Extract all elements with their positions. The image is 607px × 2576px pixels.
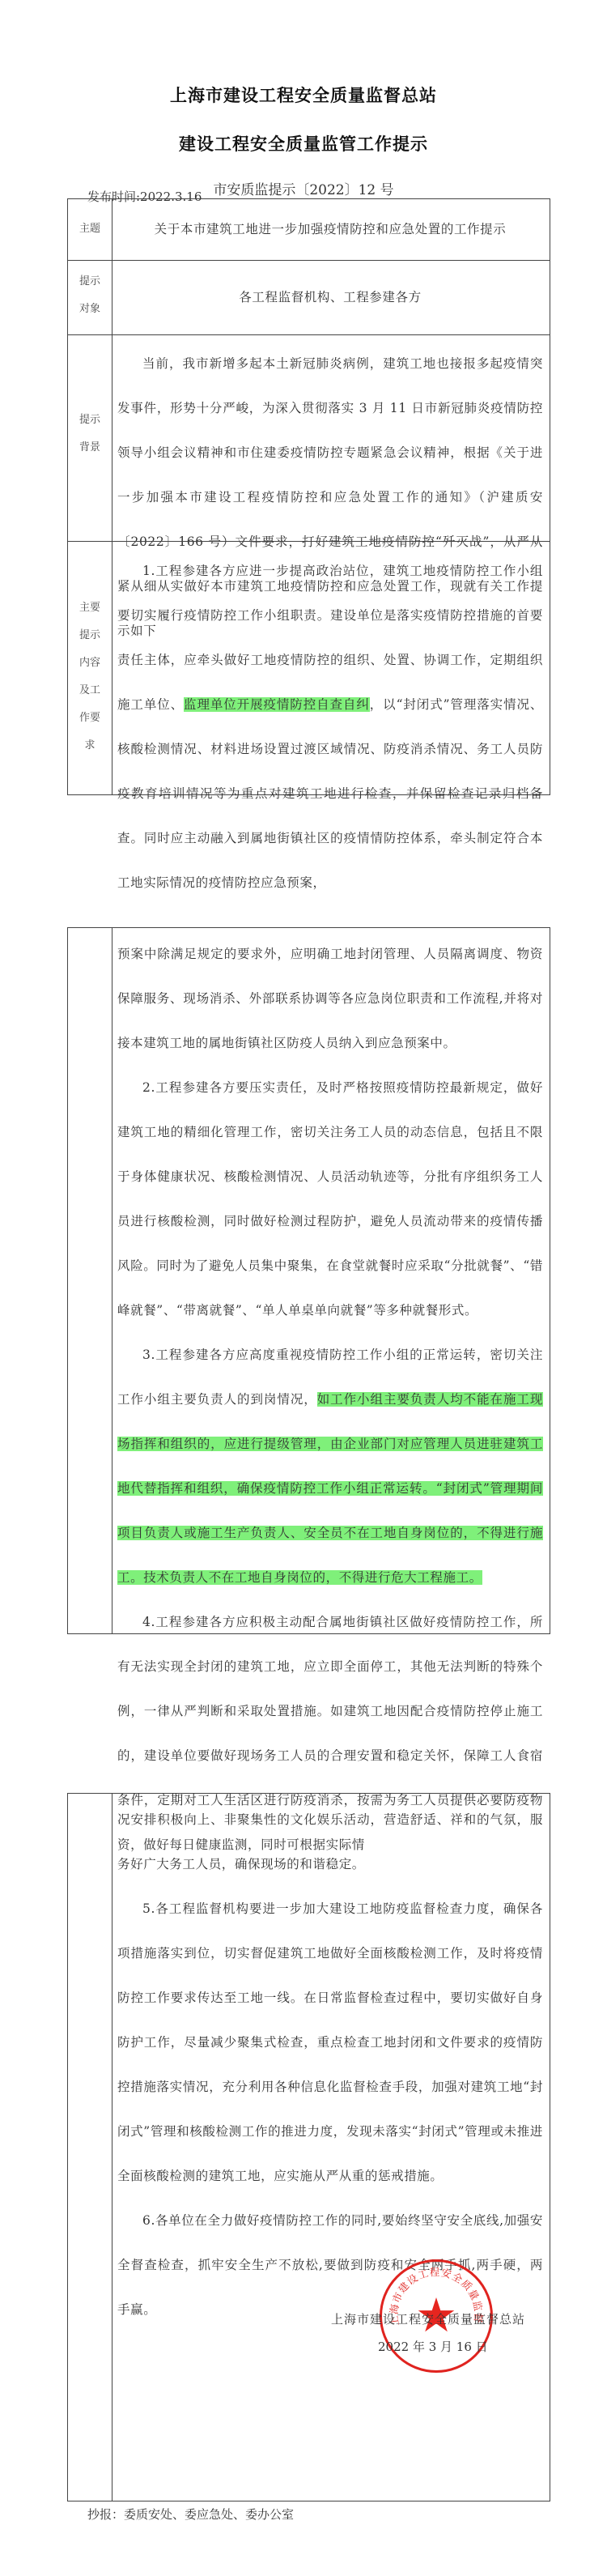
- item-1-text: 1.工程参建各方应进一步提高政治站位，建筑工地疫情防控工作小组要切实履行疫情防控…: [117, 564, 543, 712]
- background-label-line1: 提示: [68, 407, 112, 434]
- requirements-label-line4: 及工: [68, 677, 112, 705]
- label-column: [68, 928, 112, 1633]
- requirements-text-page-2: 预案中除满足规定的要求外，应明确工地封闭管理、人员隔离调度、物资保障服务、现场消…: [117, 932, 543, 1867]
- cc-line: 抄报：委质安处、委应急处、委办公室: [87, 2506, 294, 2523]
- item-5-paragraph: 5.各工程监督机构要进一步加大建设工地防疫监督检查力度，确保各项措施落实到位，切…: [117, 1887, 543, 2199]
- item-3-paragraph: 3.工程参建各方应高度重视疫情防控工作小组的正常运转，密切关注工作小组主要负责人…: [117, 1333, 543, 1600]
- signature-org: 上海市建设工程安全质量监督总站: [331, 2310, 525, 2327]
- doc-title: 建设工程安全质量监管工作提示: [0, 131, 607, 155]
- highlighted-text: 监理单位开展疫情防控自查自纠: [184, 697, 370, 712]
- item-1-text-cont: ，以“封闭式”管理落实情况、核酸检测情况、材料进场设置过渡区域情况、防疫消杀情况…: [117, 697, 543, 890]
- audience-value: 各工程监督机构、工程参建各方: [117, 275, 543, 320]
- subject-label: 主题: [68, 215, 112, 243]
- org-title: 上海市建设工程安全质量监督总站: [0, 83, 607, 107]
- item-4-continuation: 况安排积极向上、非聚集性的文化娱乐活动，营造舒适、祥和的气氛，服务好广大务工人员…: [117, 1798, 543, 1887]
- row-divider: [68, 334, 550, 335]
- item-2-paragraph: 2.工程参建各方要压实责任，及时严格按照疫情防控最新规定，做好建筑工地的精细化管…: [117, 1066, 543, 1333]
- requirements-label-line2: 提示: [68, 622, 112, 649]
- item-1-paragraph: 1.工程参建各方应进一步提高政治站位，建筑工地疫情防控工作小组要切实履行疫情防控…: [117, 549, 543, 905]
- requirements-text-page-1: 1.工程参建各方应进一步提高政治站位，建筑工地疫情防控工作小组要切实履行疫情防控…: [117, 549, 543, 905]
- item-1-continuation: 预案中除满足规定的要求外，应明确工地封闭管理、人员隔离调度、物资保障服务、现场消…: [117, 932, 543, 1066]
- background-label-line2: 背景: [68, 434, 112, 462]
- requirements-text-page-3: 况安排积极向上、非聚集性的文化娱乐活动，营造舒适、祥和的气氛，服务好广大务工人员…: [117, 1798, 543, 2332]
- requirements-label-line3: 内容: [68, 649, 112, 677]
- requirements-label-line1: 主要: [68, 594, 112, 622]
- subject-value: 关于本市建筑工地进一步加强疫情防控和应急处置的工作提示: [117, 207, 543, 252]
- notice-table-page-2: 预案中除满足规定的要求外，应明确工地封闭管理、人员隔离调度、物资保障服务、现场消…: [67, 927, 550, 1634]
- audience-label-line2: 对象: [68, 296, 112, 323]
- signature-date: 2022 年 3 月 16 日: [378, 2338, 488, 2355]
- highlighted-text: 如工作小组主要负责人均不能在施工现场指挥和组织的，应进行提级管理，由企业部门对应…: [117, 1392, 543, 1585]
- requirements-label-line5: 作要: [68, 705, 112, 732]
- label-column: [68, 1794, 112, 2501]
- notice-table-page-1: 主题 关于本市建筑工地进一步加强疫情防控和应急处置的工作提示 提示 对象 各工程…: [67, 198, 550, 795]
- row-divider: [68, 260, 550, 261]
- audience-label-line1: 提示: [68, 268, 112, 296]
- notice-table-page-3: 况安排积极向上、非聚集性的文化娱乐活动，营造舒适、祥和的气氛，服务好广大务工人员…: [67, 1793, 550, 2501]
- requirements-label-line6: 求: [68, 732, 112, 760]
- row-divider: [68, 541, 550, 542]
